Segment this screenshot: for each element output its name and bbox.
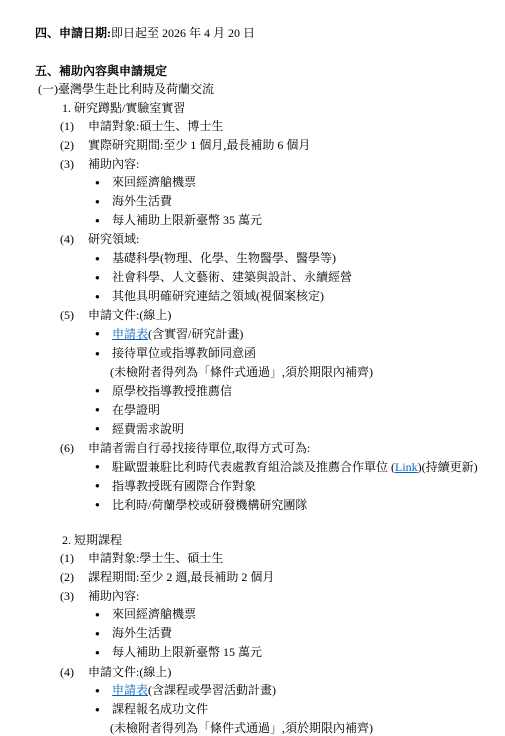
bullet-text: 每人補助上限新臺幣 35 萬元: [112, 213, 262, 227]
item-text: 申請文件:(線上): [88, 308, 171, 322]
bullet-icon: ●: [95, 606, 112, 625]
bullet-text: 原學校指導教授推薦信: [112, 384, 232, 398]
bullet-icon: ●: [95, 458, 112, 477]
p1-item-4-bullet-2: ●社會科學、人文藝術、建築與設計、永續經營: [35, 268, 493, 287]
p1-item-1: (1)申請對象:碩士生、博士生: [35, 117, 493, 136]
p1-item-2: (2)實際研究期間:至少 1 個月,最長補助 6 個月: [35, 136, 493, 155]
item-text: 申請對象:學士生、碩士生: [88, 551, 223, 565]
p2-item-3-bullet-2: ●海外生活費: [35, 624, 493, 643]
application-form-link[interactable]: 申請表: [112, 327, 148, 341]
item-text: 申請者需自行尋找接待單位,取得方式可為:: [88, 441, 310, 455]
p1-item-5-bullet-5: ●經費需求說明: [35, 420, 493, 439]
bullet-text: 來回經濟艙機票: [112, 175, 196, 189]
bullet-text: 比利時/荷蘭學校或研發機構研究團隊: [112, 498, 307, 512]
application-form-link[interactable]: 申請表: [112, 683, 148, 697]
p1-item-3-bullet-1: ●來回經濟艙機票: [35, 173, 493, 192]
section-4-label: 四、申請日期:: [35, 26, 111, 40]
bullet-icon: ●: [95, 345, 112, 364]
bullet-text: 來回經濟艙機票: [112, 607, 196, 621]
bullet-text: 每人補助上限新臺幣 15 萬元: [112, 645, 262, 659]
bullet-icon: ●: [95, 325, 112, 344]
item-text: 補助內容:: [88, 157, 139, 171]
partner-list-link[interactable]: Link: [395, 460, 418, 474]
bullet-icon: ●: [95, 701, 112, 720]
bullet-text: 經費需求說明: [112, 422, 184, 436]
item-number: (1): [60, 549, 88, 568]
bullet-icon: ●: [95, 382, 112, 401]
bullet-icon: ●: [95, 250, 112, 269]
bullet-text: (含課程或學習活動計畫): [148, 683, 276, 697]
bullet-icon: ●: [95, 174, 112, 193]
p1-item-4-bullet-3: ●其他具明確研究連結之領域(視個案核定): [35, 287, 493, 306]
bullet-icon: ●: [95, 420, 112, 439]
p1-item-5-note: (未檢附者得列為「條件式通過」,須於期限內補齊): [35, 363, 493, 382]
bullet-text: 課程報名成功文件: [112, 702, 208, 716]
p1-item-4: (4)研究領域:: [35, 230, 493, 249]
p1-item-3-bullet-3: ●每人補助上限新臺幣 35 萬元: [35, 211, 493, 230]
p1-item-3: (3)補助內容:: [35, 155, 493, 174]
item-number: (3): [60, 587, 88, 606]
item-number: (2): [60, 568, 88, 587]
bullet-text: 接待單位或指導教師同意函: [112, 346, 256, 360]
bullet-icon: ●: [95, 401, 112, 420]
bullet-text: 其他具明確研究連結之領域(視個案核定): [112, 289, 324, 303]
p1-item-6-bullet-2: ●指導教授既有國際合作對象: [35, 477, 493, 496]
p2-item-2: (2)課程期間:至少 2 週,最長補助 2 個月: [35, 568, 493, 587]
item-text: 研究領域:: [88, 232, 139, 246]
p2-item-3: (3)補助內容:: [35, 587, 493, 606]
bullet-icon: ●: [95, 496, 112, 515]
p1-item-5: (5)申請文件:(線上): [35, 306, 493, 325]
p2-item-4: (4)申請文件:(線上): [35, 663, 493, 682]
item-text: 課程期間:至少 2 週,最長補助 2 個月: [88, 570, 274, 584]
section-4-value: 即日起至 2026 年 4 月 20 日: [111, 26, 255, 40]
bullet-text: 海外生活費: [112, 626, 172, 640]
p1-item-5-bullet-3: ●原學校指導教授推薦信: [35, 382, 493, 401]
bullet-text: (含實習/研究計畫): [148, 327, 243, 341]
bullet-icon: ●: [95, 269, 112, 288]
bullet-icon: ●: [95, 477, 112, 496]
p2-item-4-note: (未檢附者得列為「條件式通過」,須於期限內補齊): [35, 719, 493, 736]
p1-item-6-bullet-3: ●比利時/荷蘭學校或研發機構研究團隊: [35, 496, 493, 515]
p2-item-3-bullet-1: ●來回經濟艙機票: [35, 605, 493, 624]
bullet-icon: ●: [95, 644, 112, 663]
bullet-text: 社會科學、人文藝術、建築與設計、永續經營: [112, 270, 352, 284]
bullet-icon: ●: [95, 193, 112, 212]
bullet-icon: ●: [95, 625, 112, 644]
item-number: (4): [60, 663, 88, 682]
subsection-1-heading: (一)臺灣學生赴比利時及荷蘭交流: [35, 80, 493, 99]
bullet-text: )(持續更新): [418, 460, 478, 474]
bullet-text: 指導教授既有國際合作對象: [112, 479, 256, 493]
item-text: 申請對象:碩士生、博士生: [88, 119, 223, 133]
item-number: (4): [60, 230, 88, 249]
p1-item-5-bullet-4: ●在學證明: [35, 401, 493, 420]
p1-item-3-bullet-2: ●海外生活費: [35, 192, 493, 211]
item-number: (3): [60, 155, 88, 174]
section-4-heading: 四、申請日期:即日起至 2026 年 4 月 20 日: [35, 24, 493, 43]
bullet-icon: ●: [95, 288, 112, 307]
item-text: 實際研究期間:至少 1 個月,最長補助 6 個月: [88, 138, 310, 152]
p1-item-5-bullet-1: ●申請表(含實習/研究計畫): [35, 325, 493, 344]
document-page: 四、申請日期:即日起至 2026 年 4 月 20 日 五、補助內容與申請規定 …: [0, 0, 505, 736]
item-number: (6): [60, 439, 88, 458]
item-number: (5): [60, 306, 88, 325]
bullet-icon: ●: [95, 682, 112, 701]
bullet-text: 海外生活費: [112, 194, 172, 208]
item-text: 申請文件:(線上): [88, 665, 171, 679]
p2-item-3-bullet-3: ●每人補助上限新臺幣 15 萬元: [35, 643, 493, 662]
p2-item-4-bullet-1: ●申請表(含課程或學習活動計畫): [35, 681, 493, 700]
section-5-heading: 五、補助內容與申請規定: [35, 62, 493, 81]
item-number: (2): [60, 136, 88, 155]
p2-item-4-bullet-2: ●課程報名成功文件: [35, 700, 493, 719]
item-text: 補助內容:: [88, 589, 139, 603]
bullet-icon: ●: [95, 212, 112, 231]
p1-item-6-bullet-1: ●駐歐盟兼駐比利時代表處教育組洽談及推薦合作單位 (Link)(持續更新): [35, 458, 493, 477]
item-number: (1): [60, 117, 88, 136]
program-1-title: 1. 研究蹲點/實驗室實習: [35, 99, 493, 118]
p2-item-1: (1)申請對象:學士生、碩士生: [35, 549, 493, 568]
p1-item-4-bullet-1: ●基礎科學(物理、化學、生物醫學、醫學等): [35, 249, 493, 268]
p1-item-5-bullet-2: ●接待單位或指導教師同意函: [35, 344, 493, 363]
p1-item-6: (6)申請者需自行尋找接待單位,取得方式可為:: [35, 439, 493, 458]
program-2-title: 2. 短期課程: [35, 531, 493, 550]
bullet-text: 基礎科學(物理、化學、生物醫學、醫學等): [112, 251, 336, 265]
bullet-text: 駐歐盟兼駐比利時代表處教育組洽談及推薦合作單位 (: [112, 460, 395, 474]
bullet-text: 在學證明: [112, 403, 160, 417]
